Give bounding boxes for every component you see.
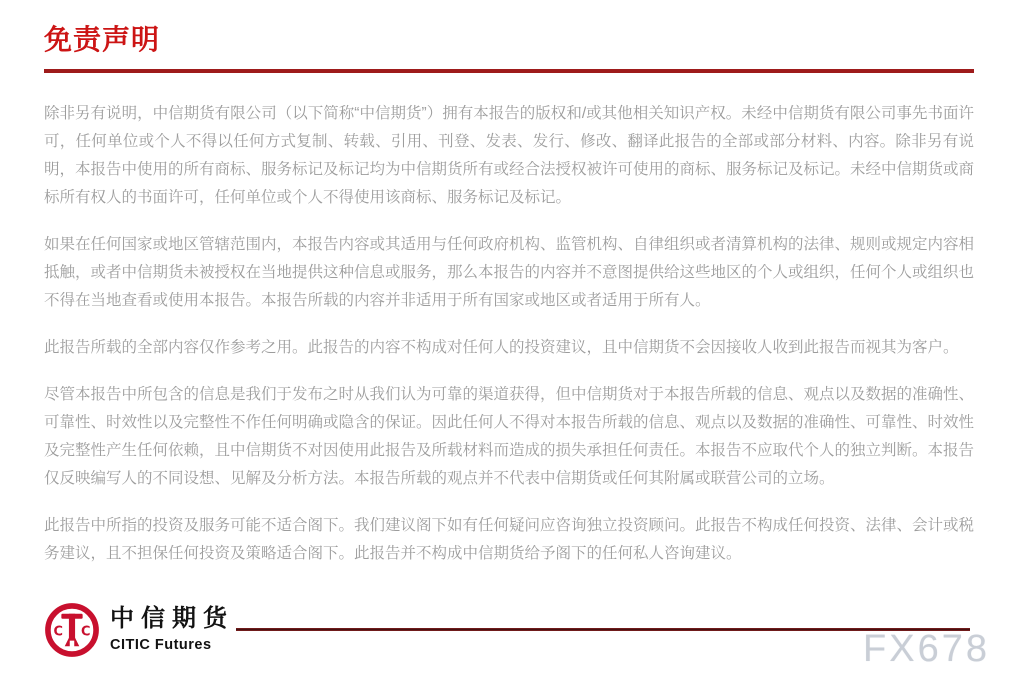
disclaimer-paragraph: 除非另有说明，中信期货有限公司（以下简称“中信期货”）拥有本报告的版权和/或其他…: [44, 100, 974, 212]
content-area: 免责声明 除非另有说明，中信期货有限公司（以下简称“中信期货”）拥有本报告的版权…: [0, 0, 1018, 568]
disclaimer-paragraph: 如果在任何国家或地区管辖范围内，本报告内容或其适用与任何政府机构、监管机构、自律…: [44, 231, 974, 315]
svg-text:C: C: [54, 625, 63, 640]
fx678-watermark: FX678: [863, 628, 990, 671]
page-title: 免责声明: [44, 22, 974, 58]
disclaimer-paragraph: 此报告中所指的投资及服务可能不适合阁下。我们建议阁下如有任何疑问应咨询独立投资顾…: [44, 512, 974, 568]
disclaimer-body: 除非另有说明，中信期货有限公司（以下简称“中信期货”）拥有本报告的版权和/或其他…: [44, 100, 974, 568]
title-divider: [44, 69, 974, 73]
citic-logo-icon: C C: [44, 602, 100, 658]
disclaimer-page: 免责声明 除非另有说明，中信期货有限公司（以下简称“中信期货”）拥有本报告的版权…: [0, 0, 1018, 685]
brand-name-cn: 中信期货: [110, 601, 234, 631]
disclaimer-paragraph: 尽管本报告中所包含的信息是我们于发布之时从我们认为可靠的渠道获得，但中信期货对于…: [44, 381, 974, 493]
footer: C C 中信期货 CITIC Futures: [44, 601, 970, 663]
brand-name-en: CITIC Futures: [110, 638, 234, 653]
footer-divider: [236, 628, 970, 631]
svg-text:C: C: [81, 625, 90, 640]
disclaimer-paragraph: 此报告所载的全部内容仅作参考之用。此报告的内容不构成对任何人的投资建议，且中信期…: [44, 334, 974, 362]
brand-text: 中信期货 CITIC Futures: [110, 601, 234, 653]
